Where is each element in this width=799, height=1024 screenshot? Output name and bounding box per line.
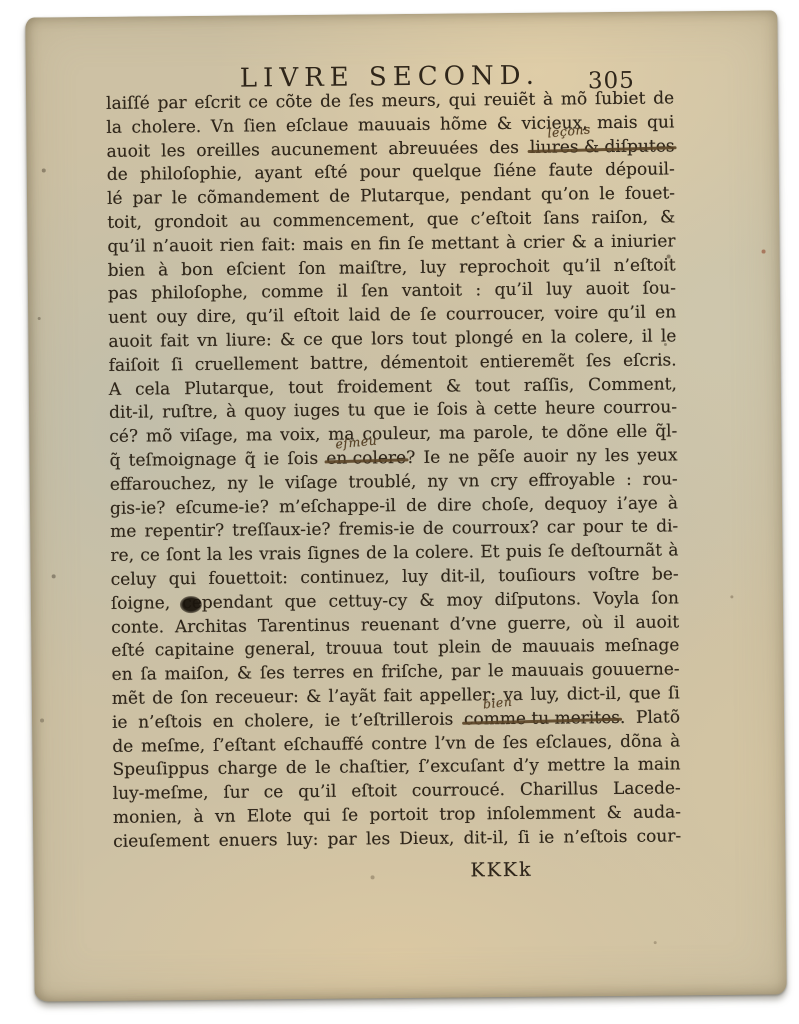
printed-text: conte. Architas Tarentinus reuenant d’vn… xyxy=(111,612,679,637)
printed-text: A cela Plutarque, tout froidement & tout… xyxy=(109,374,677,399)
printed-text: ſoigne, xyxy=(111,593,183,614)
correction-group: biencomme tu merites xyxy=(464,707,620,732)
printed-text: qu’il n’auoit rien fait: mais en fin ſe … xyxy=(107,231,675,256)
printed-text: . Platõ xyxy=(620,707,680,728)
printed-text: de meſme, ſ’eſtant eſchauffé contre l’vn… xyxy=(112,731,680,756)
printed-text: effarouchez, ny le viſage troublé, ny vn… xyxy=(110,469,678,494)
text-line: cieuſement enuers luy: par les Dieux, di… xyxy=(113,825,681,854)
paper-specks xyxy=(25,18,27,20)
signature-mark: KKKk xyxy=(431,858,571,881)
printed-text: monien, à vn Elote qui ſe portoit trop i… xyxy=(113,802,681,827)
printed-text: re, ce ſont la les vrais ſignes de la co… xyxy=(110,541,678,566)
printed-text: eſté capitaine general, trouua tout plei… xyxy=(111,636,679,661)
printed-text: laiſſé par eſcrit ce cõte de ſes meurs, … xyxy=(106,88,674,113)
printed-text: cieuſement enuers luy: par les Dieux, di… xyxy=(113,826,681,851)
printed-text: pendant que cettuy-cy & moy diſputons. V… xyxy=(202,588,679,613)
printed-text: cé? mõ viſage, ma voix, ma couleur, ma p… xyxy=(109,422,677,447)
printed-text: gis-ie? eſcume-ie? m’eſchappe-il de dire… xyxy=(110,493,678,518)
printed-text: Speuſippus charge de le chaſtier, ſ’excu… xyxy=(112,755,680,780)
text-block: laiſſé par eſcrit ce cõte de ſes meurs, … xyxy=(106,87,681,854)
struck-text: en colere xyxy=(326,447,406,472)
struck-text: liures & diſputes xyxy=(530,135,675,160)
printed-text: ie n’eſtois en cholere, ie t’eſtrilleroi… xyxy=(112,709,464,732)
book-page: LIVRE SECOND. 305 laiſſé par eſcrit ce c… xyxy=(25,10,786,1001)
printed-text: de philoſophie, ayant eſté pour quelque … xyxy=(107,160,675,185)
printed-text: ? Ie ne pẽſe auoir ny les yeux xyxy=(406,445,678,468)
printed-text: toit, grondoit au commencement, que c’eſ… xyxy=(107,207,675,232)
ink-blot: ce xyxy=(182,592,202,616)
printed-text: uent ouy dire, qu’il eſtoit laid de ſe c… xyxy=(108,303,676,328)
printed-text: auoit les oreilles aucunement abreuuées … xyxy=(106,137,529,161)
printed-text: mẽt de ſon receueur: & l’ayãt fait appel… xyxy=(112,683,680,708)
printed-text: celuy qui fouettoit: continuez, luy dit-… xyxy=(111,564,679,589)
scan-background: LIVRE SECOND. 305 laiſſé par eſcrit ce c… xyxy=(0,0,799,1024)
printed-text: bien à bon eſcient ſon maiſtre, luy repr… xyxy=(108,255,676,280)
printed-text: q̃ teſmoignage q̃ ie ſois xyxy=(109,449,326,471)
printed-text: me repentir? treſſaux-ie? fremis-ie de c… xyxy=(110,517,678,542)
correction-group: leçonsliures & diſputes xyxy=(530,135,675,160)
struck-text: comme tu merites xyxy=(464,707,620,732)
printed-text: lé par le cõmandement de Plutarque, pend… xyxy=(107,184,675,209)
printed-text: dit-il, ruſtre, à quoy iuges tu que ie ſ… xyxy=(109,398,677,423)
printed-text: auoit fait vn liure: & ce que lors tout … xyxy=(108,326,676,351)
printed-text: pas philoſophe, comme il ſen vantoit : q… xyxy=(108,279,676,304)
correction-group: eſmeuen colere xyxy=(326,447,406,472)
printed-text: en ſa maiſon, & ſes terres en friſche, p… xyxy=(112,660,680,685)
printed-text: faiſoit ſi cruellement battre, démentoit… xyxy=(109,350,677,375)
printed-text: luy-meſme, ſur ce qu’il eſtoit courroucé… xyxy=(113,778,681,803)
